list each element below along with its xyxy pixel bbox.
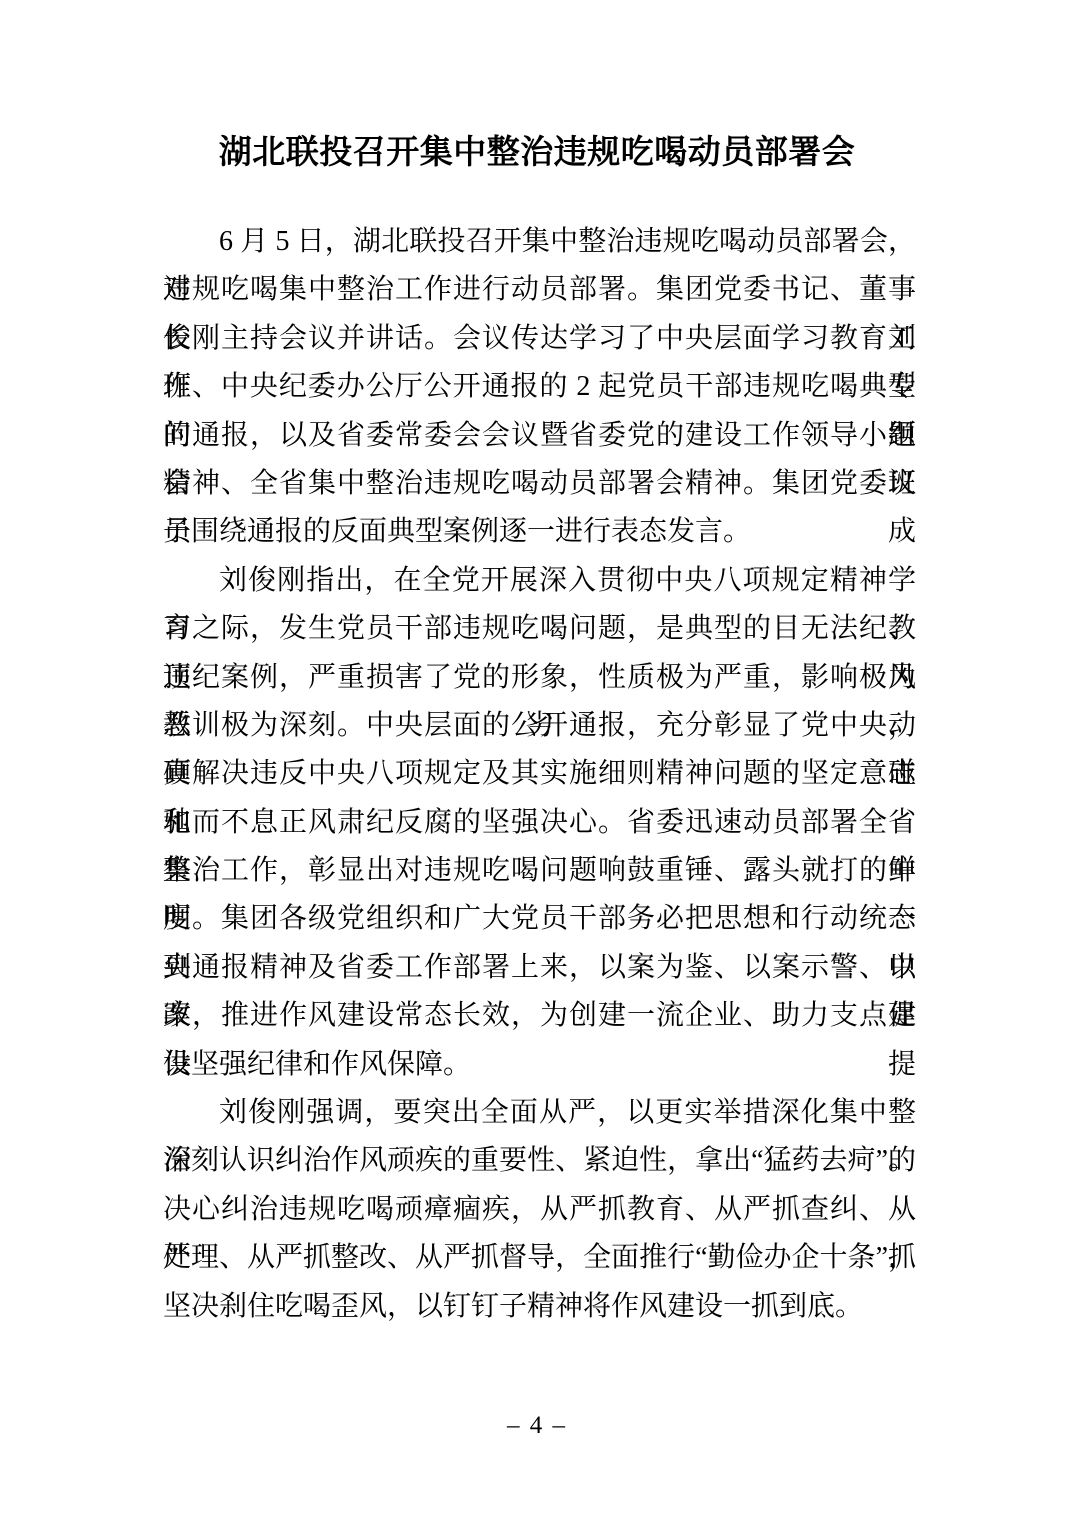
text-line: 深刻认识纠治作风顽疾的重要性、紧迫性，拿出“猛药去疴”的 bbox=[163, 1137, 916, 1185]
text-line: 教训极为深刻。中央层面的公开通报，充分彰显了党中央动真碰 bbox=[163, 702, 916, 750]
page-title: 湖北联投召开集中整治违规吃喝动员部署会 bbox=[0, 130, 1074, 176]
text-line: 刘俊刚指出，在全党开展深入贯彻中央八项规定精神学习教 bbox=[163, 557, 916, 605]
text-line: 硬解决违反中央八项规定及其实施细则精神问题的坚定意志和 bbox=[163, 750, 916, 798]
text-line: 的通报，以及省委常委会会议暨省委党的建设工作领导小组会议 bbox=[163, 412, 916, 460]
document-body: 6 月 5 日，湖北联投召开集中整治违规吃喝动员部署会，对 违规吃喝集中整治工作… bbox=[163, 218, 916, 1331]
text-line: 坚决刹住吃喝歪风，以钉钉子精神将作风建设一抓到底。 bbox=[163, 1283, 916, 1331]
text-line: 驰而不息正风肃纪反腐的坚强决心。省委迅速动员部署全省集中 bbox=[163, 799, 916, 847]
text-line: 整治工作，彰显出对违规吃喝问题响鼓重锤、露头就打的鲜明态 bbox=[163, 847, 916, 895]
text-line: 俊刚主持会议并讲话。会议传达学习了中央层面学习教育工作专 bbox=[163, 315, 916, 363]
text-line: 改，推进作风建设常态长效，为创建一流企业、助力支点建设提 bbox=[163, 992, 916, 1040]
text-line: 刘俊刚强调，要突出全面从严，以更实举措深化集中整治。 bbox=[163, 1089, 916, 1137]
text-line: 央通报精神及省委工作部署上来，以案为鉴、以案示警、以案促 bbox=[163, 944, 916, 992]
text-line: 6 月 5 日，湖北联投召开集中整治违规吃喝动员部署会，对 bbox=[163, 218, 916, 266]
paragraph: 6 月 5 日，湖北联投召开集中整治违规吃喝动员部署会，对 违规吃喝集中整治工作… bbox=[163, 218, 916, 557]
text-line: 精神、全省集中整治违规吃喝动员部署会精神。集团党委班子成 bbox=[163, 460, 916, 508]
paragraph: 刘俊刚指出，在全党开展深入贯彻中央八项规定精神学习教 育之际，发生党员干部违规吃… bbox=[163, 557, 916, 1089]
text-line: 育之际，发生党员干部违规吃喝问题，是典型的目无法纪、顶风 bbox=[163, 605, 916, 653]
text-line: 班、中央纪委办公厅公开通报的 2 起党员干部违规吃喝典型问题 bbox=[163, 363, 916, 411]
text-line: 度。集团各级党组织和广大党员干部务必把思想和行动统一到中 bbox=[163, 895, 916, 943]
text-line: 违规吃喝集中整治工作进行动员部署。集团党委书记、董事长刘 bbox=[163, 266, 916, 314]
text-line: 处理、从严抓整改、从严抓督导，全面推行“勤俭办企十条”， bbox=[163, 1234, 916, 1282]
text-line: 决心纠治违规吃喝顽瘴痼疾，从严抓教育、从严抓查纠、从严抓 bbox=[163, 1186, 916, 1234]
page-number: – 4 – bbox=[0, 1412, 1074, 1440]
paragraph: 刘俊刚强调，要突出全面从严，以更实举措深化集中整治。 深刻认识纠治作风顽疾的重要… bbox=[163, 1089, 916, 1331]
document-page: 湖北联投召开集中整治违规吃喝动员部署会 6 月 5 日，湖北联投召开集中整治违规… bbox=[0, 0, 1074, 1520]
text-line: 违纪案例，严重损害了党的形象，性质极为严重，影响极为恶劣， bbox=[163, 654, 916, 702]
